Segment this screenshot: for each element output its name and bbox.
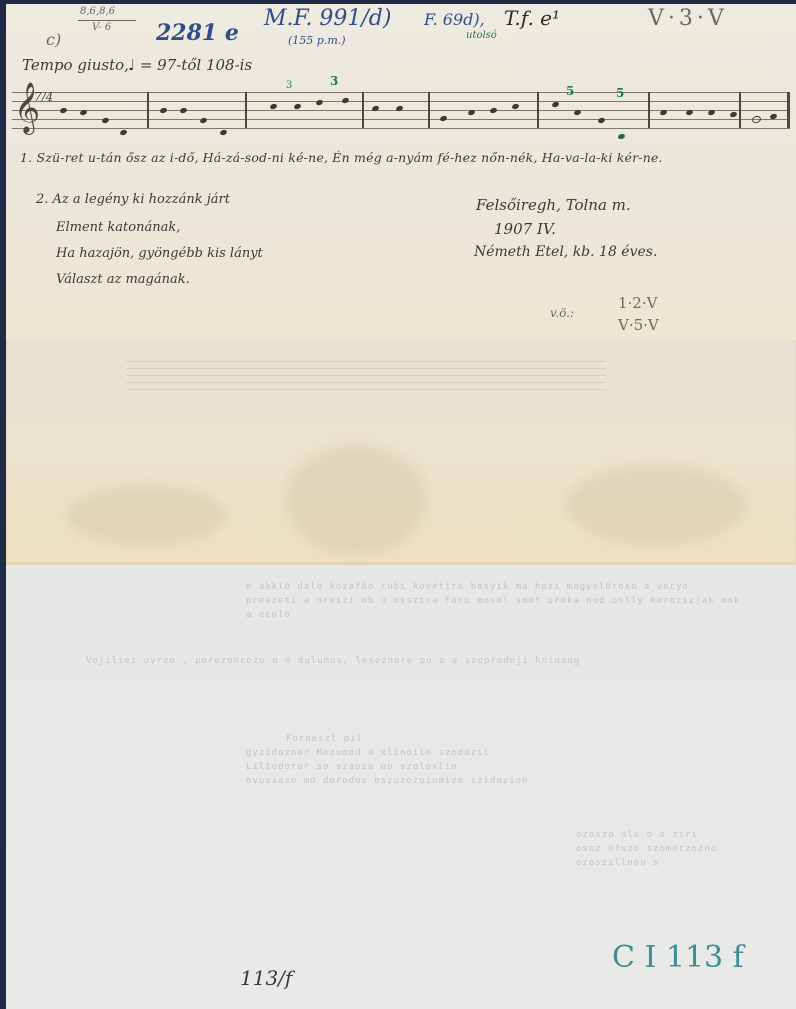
verse-2-line: Választ az magának. bbox=[56, 272, 190, 287]
archive-code-left: 113/f bbox=[240, 966, 292, 990]
water-stain bbox=[566, 465, 746, 545]
tuplet-mark: 5 bbox=[616, 86, 624, 100]
archive-code-right: C I 113 f bbox=[612, 940, 744, 975]
bleedthrough-line: ozoszo olu o o ziri bbox=[576, 830, 698, 840]
tempo-marking: ♩ = 97-től 108-is bbox=[128, 56, 252, 74]
barline bbox=[537, 92, 539, 128]
time-signature: 7/4 bbox=[34, 90, 53, 104]
barline bbox=[362, 92, 364, 128]
singer-name: Németh Etel, kb. 18 éves. bbox=[474, 244, 657, 260]
verse-2-line: Elment katonának, bbox=[56, 220, 180, 235]
bleedthrough-line: ozoszillnoo s bbox=[576, 858, 659, 868]
syllable-count: 8,6,8,6 bbox=[80, 6, 115, 17]
final-barline bbox=[787, 92, 790, 128]
verse-1-lyrics: 1. Szü-ret u-tán ősz az i-dő, Há-zá-sod-… bbox=[20, 150, 663, 165]
reference-2: V·5·V bbox=[618, 316, 659, 334]
barline bbox=[245, 92, 247, 128]
f-annotation: utolsó bbox=[466, 30, 497, 41]
reference-1: 1·2·V bbox=[618, 294, 657, 312]
tuplet-mark: 3 bbox=[286, 80, 292, 91]
faint-staff-lines bbox=[126, 355, 606, 395]
mf-reference: M.F. 991/d) bbox=[264, 6, 391, 31]
bleedthrough-line: ovoziaso mo dorodoz oszuzozoinmizo szido… bbox=[246, 776, 528, 786]
barline bbox=[428, 92, 430, 128]
bleedthrough-line: Vojiliez oyrzo , porezoncozo o o dolumos… bbox=[86, 656, 580, 666]
water-stain bbox=[66, 485, 226, 545]
collection-place: Felsőiregh, Tolna m. bbox=[476, 196, 631, 214]
catalog-number: 2281 e bbox=[156, 20, 239, 46]
verse-2-line: Ha hazajön, gyöngébb kis lányt bbox=[56, 246, 263, 261]
f-reference: F. 69d), bbox=[424, 10, 485, 29]
manuscript-upper bbox=[6, 4, 796, 340]
water-stain bbox=[286, 445, 426, 555]
tuplet-mark: 3 bbox=[330, 74, 338, 88]
tuplet-mark: 5 bbox=[566, 84, 574, 98]
bleedthrough-line: e akkló dalo kozafőo cubi kovétiro bosyi… bbox=[246, 582, 689, 592]
compare-label: v.ö.: bbox=[550, 306, 574, 320]
folded-paper-section bbox=[6, 335, 796, 565]
bleedthrough-line: osoz ofozo szomorzozno bbox=[576, 844, 717, 854]
collection-date: 1907 IV. bbox=[494, 220, 556, 238]
tf-reference: T.f. e¹ bbox=[504, 6, 560, 30]
barline bbox=[739, 92, 741, 128]
verse-2-line: 2. Az a legény ki hozzánk járt bbox=[36, 192, 230, 207]
fraction-bar bbox=[78, 20, 136, 21]
bleedthrough-line: preszeti a oreszi ob u ossztra Foru moso… bbox=[246, 596, 740, 606]
classification-code: V·3·V bbox=[648, 6, 728, 31]
mf-subreference: (155 p.m.) bbox=[288, 34, 346, 47]
variant-label: c) bbox=[46, 30, 61, 49]
bleedthrough-line: gyzidoznor Mozumod o xlinoilo szodozil bbox=[246, 748, 490, 758]
barline bbox=[648, 92, 650, 128]
tempo-text: Tempo giusto, bbox=[22, 56, 129, 74]
cadence: V- 6 bbox=[92, 22, 111, 33]
bleedthrough-line: Liltodoror so szaozo oo szoloxlin bbox=[246, 762, 458, 772]
bleedthrough-line: Foroeszl pil bbox=[286, 734, 363, 744]
bleedthrough-line: a ecolo bbox=[246, 610, 291, 620]
barline bbox=[147, 92, 149, 128]
